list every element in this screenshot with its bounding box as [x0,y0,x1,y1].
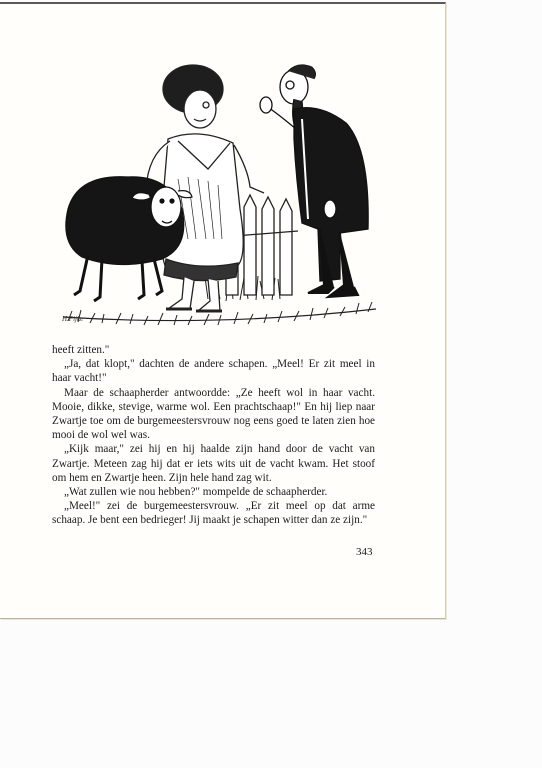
illustrator-signature: H.Pijke [62,315,83,323]
story-text: heeft zitten." „Ja, dat klopt," dachten … [52,343,375,528]
scanned-page-background: H.Pijke heeft zitten." „Ja, dat klopt," … [0,0,542,768]
page-number: 343 [356,546,373,558]
paragraph: „Wat zullen wie nou hebben?" mompelde de… [52,485,375,499]
illustration-drawing [58,59,380,337]
paragraph: heeft zitten." [52,343,375,357]
paragraph: „Meel!" zei de burgemeestersvrouw. „Er z… [52,499,375,527]
paragraph: „Ja, dat klopt," dachten de andere schap… [52,357,375,385]
story-illustration: H.Pijke [58,59,380,337]
paragraph: Maar de schaapherder antwoordde: „Ze hee… [52,386,375,443]
paragraph: „Kijk maar," zei hij en hij haalde zijn … [52,442,375,485]
book-page: H.Pijke heeft zitten." „Ja, dat klopt," … [0,2,446,619]
